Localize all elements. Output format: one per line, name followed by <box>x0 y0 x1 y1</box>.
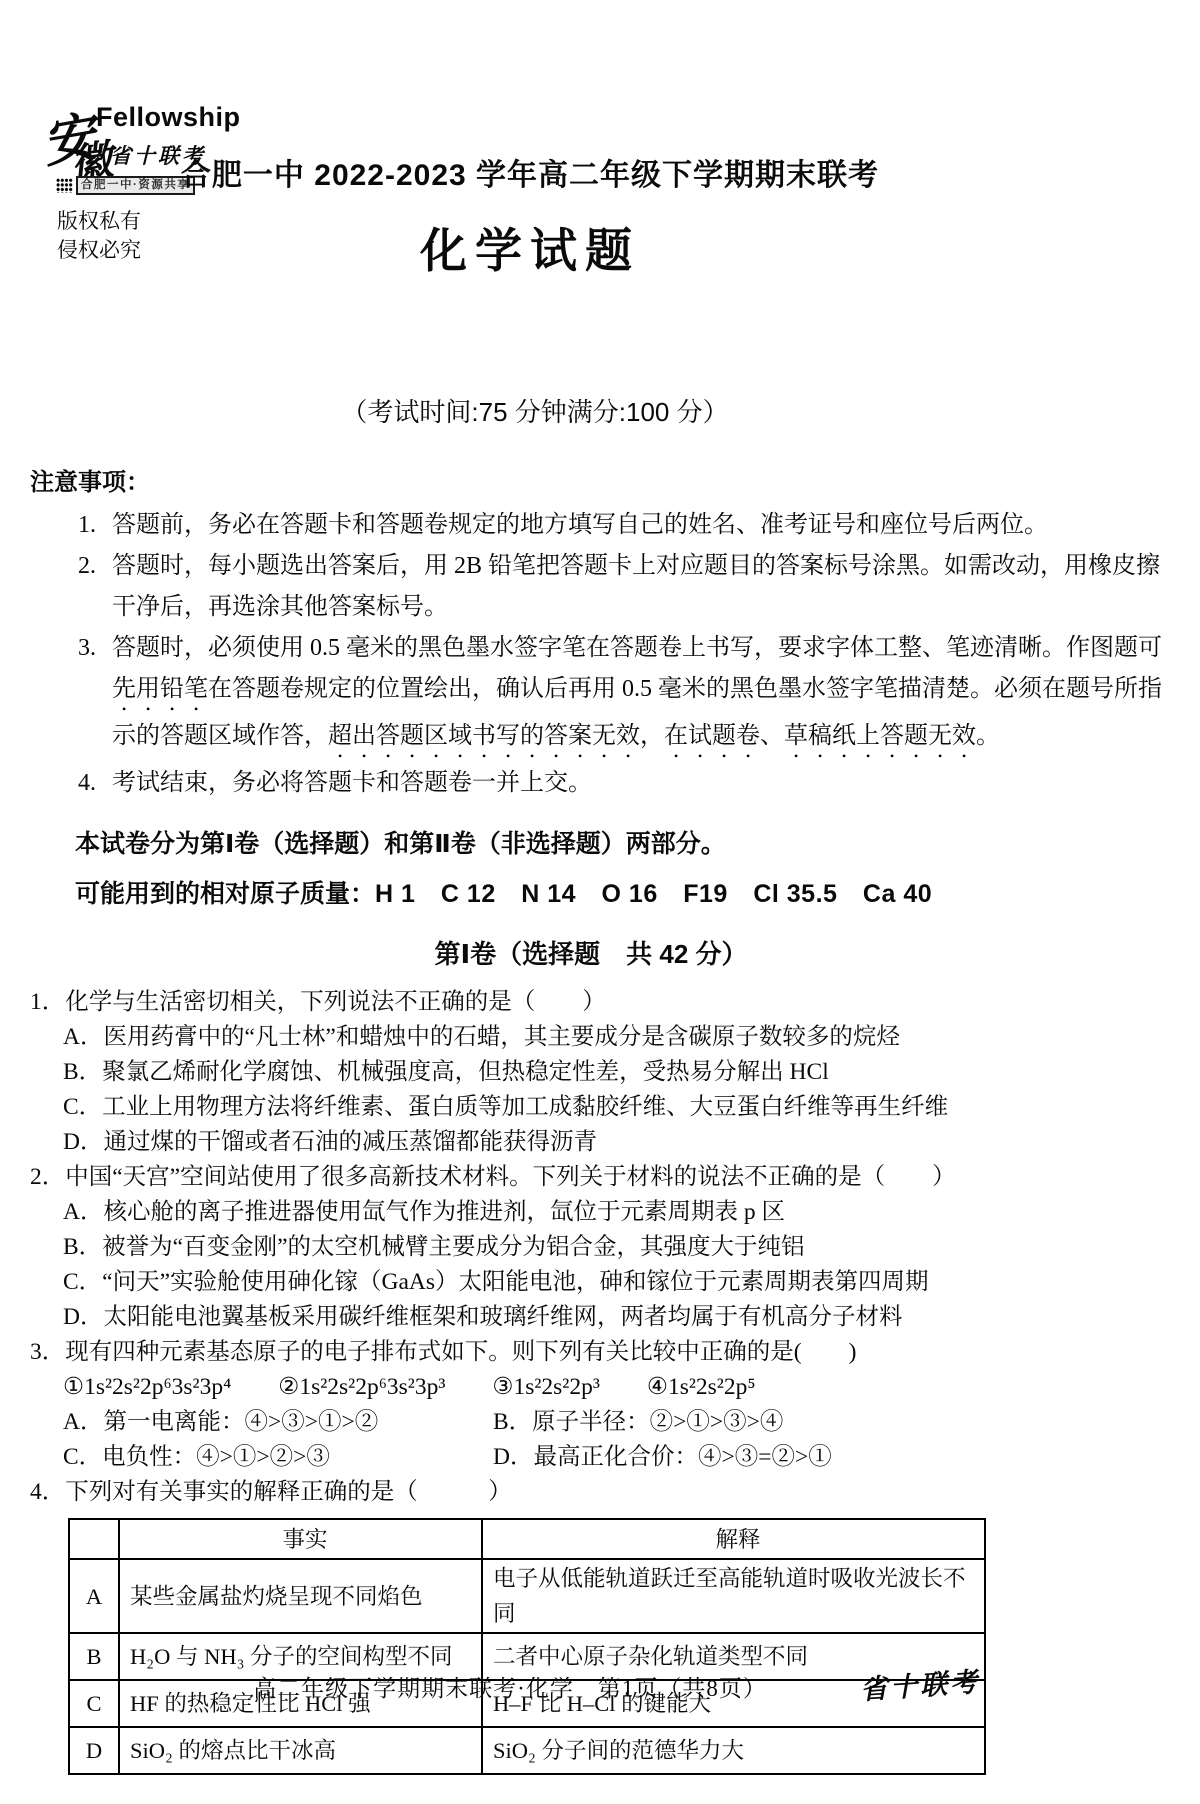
notice-item-3-text-part1: 答题时，必须使用 0.5 毫米的黑色墨水签字笔在答题卷上书写，要求字体工整、笔迹… <box>112 635 1162 661</box>
question-1-number: 1． <box>30 989 65 1015</box>
table-row-d: D SiO₂ 的熔点比干冰高 SiO₂ 分子间的范德华力大 <box>69 1727 985 1774</box>
paper-structure-note: 本试卷分为第Ⅰ卷（选择题）和第Ⅱ卷（非选择题）两部分。 <box>75 824 1172 860</box>
question-3-option-b: B．原子半径：②>①>③>④ <box>493 1405 1172 1440</box>
atomic-mass-values: H 1 C 12 N 14 O 16 F19 Cl 35.5 Ca 40 <box>375 880 932 908</box>
question-2-option-c: C．“问天”实验舱使用砷化镓（GaAs）太阳能电池，砷和镓位于元素周期表第四周期 <box>63 1265 1172 1300</box>
question-1-stem: 化学与生活密切相关，下列说法不正确的是（ ） <box>65 989 606 1015</box>
table-row-a-explain: 电子从低能轨道跃迁至高能轨道时吸收光波长不同 <box>482 1559 985 1633</box>
section-1-heading: 第Ⅰ卷（选择题 共 42 分） <box>20 934 1162 971</box>
exam-time-score-info: （考试时间:75 分钟满分:100 分） <box>0 392 1135 429</box>
question-2-option-b: B．被誉为“百变金刚”的太空机械臂主要成分为铝合金，其强度大于纯铝 <box>63 1230 1172 1265</box>
question-1-stem-line: 1．化学与生活密切相关，下列说法不正确的是（ ） <box>30 985 1172 1020</box>
question-1: 1．化学与生活密切相关，下列说法不正确的是（ ） A．医用药膏中的“凡士林”和蜡… <box>30 985 1172 1160</box>
question-2-stem-line: 2．中国“天宫”空间站使用了很多高新技术材料。下列关于材料的说法不正确的是（ ） <box>30 1160 1172 1195</box>
table-row-d-label: D <box>69 1727 119 1774</box>
table-row-d-explain: SiO₂ 分子间的范德华力大 <box>482 1727 985 1774</box>
question-2-number: 2． <box>30 1164 65 1190</box>
notice-item-3-emphasis1: 先用铅笔 <box>112 676 208 702</box>
table-row-a-fact: 某些金属盐灼烧呈现不同焰色 <box>119 1559 482 1633</box>
notice-heading: 注意事项： <box>30 462 1172 497</box>
page-footer: 高二年级下学期期末联考·化学 第1页（共8页） 省十联考 <box>0 1670 1200 1730</box>
table-header-explain: 解释 <box>482 1519 985 1559</box>
notice-item-1: 1. 答题前，务必在答题卡和答题卷规定的地方填写自己的姓名、准考证号和座位号后两… <box>30 505 1172 546</box>
notice-item-3-emphasis2: 超出答题区域书写的答案无效，在试题卷、草稿纸上答题无效。 <box>328 723 1000 749</box>
atomic-mass-label: 可能用到的相对原子质量： <box>75 880 375 908</box>
table-row-a-label: A <box>69 1559 119 1633</box>
question-3-option-c: C．电负性：④>①>②>③ <box>63 1440 493 1475</box>
question-4-table: 事实 解释 A 某些金属盐灼烧呈现不同焰色 电子从低能轨道跃迁至高能轨道时吸收光… <box>68 1518 986 1775</box>
question-3-stem-line: 3．现有四种元素基态原子的电子排布式如下。则下列有关比较中正确的是( ) <box>30 1335 1172 1370</box>
exam-session-title: 合肥一中 2022-2023 学年高二年级下学期期末联考 <box>0 150 1130 194</box>
question-2: 2．中国“天宫”空间站使用了很多高新技术材料。下列关于材料的说法不正确的是（ ）… <box>30 1160 1172 1335</box>
notice-item-3: 3. 答题时，必须使用 0.5 毫米的黑色墨水签字笔在答题卷上书写，要求字体工整… <box>30 628 1172 763</box>
table-header-row: 事实 解释 <box>69 1519 985 1559</box>
question-3-option-a: A．第一电离能：④>③>①>② <box>63 1405 493 1440</box>
notice-item-4: 4. 考试结束，务必将答题卡和答题卷一并上交。 <box>30 763 1172 804</box>
table-row-d-fact: SiO₂ 的熔点比干冰高 <box>119 1727 482 1774</box>
question-3-stem: 现有四种元素基态原子的电子排布式如下。则下列有关比较中正确的是( ) <box>65 1339 856 1365</box>
question-1-option-c: C．工业上用物理方法将纤维素、蛋白质等加工成黏胶纤维、大豆蛋白纤维等再生纤维 <box>63 1090 1172 1125</box>
notice-item-4-number: 4. <box>78 763 96 804</box>
atomic-mass-line: 可能用到的相对原子质量：H 1 C 12 N 14 O 16 F19 Cl 35… <box>75 874 1172 910</box>
footer-series-stamp: 省十联考 <box>859 1660 981 1707</box>
notice-item-1-text: 答题前，务必在答题卡和答题卷规定的地方填写自己的姓名、准考证号和座位号后两位。 <box>112 512 1048 538</box>
table-header-fact: 事实 <box>119 1519 482 1559</box>
question-3-options: A．第一电离能：④>③>①>② B．原子半径：②>①>③>④ C．电负性：④>①… <box>63 1405 1172 1475</box>
question-3-option-d: D．最高正化合价：④>③=②>① <box>493 1440 1172 1475</box>
notice-item-2: 2. 答题时，每小题选出答案后，用 2B 铅笔把答题卡上对应题目的答案标号涂黑。… <box>30 546 1172 628</box>
notice-item-2-text: 答题时，每小题选出答案后，用 2B 铅笔把答题卡上对应题目的答案标号涂黑。如需改… <box>112 553 1160 620</box>
question-3: 3．现有四种元素基态原子的电子排布式如下。则下列有关比较中正确的是( ) ①1s… <box>30 1335 1172 1475</box>
logo-fellowship-text: Fellowship <box>96 102 241 133</box>
question-3-number: 3． <box>30 1339 65 1365</box>
notice-item-2-number: 2. <box>78 546 96 587</box>
question-4: 4．下列对有关事实的解释正确的是（ ） 事实 解释 A 某些金属盐灼烧呈现不同焰… <box>30 1475 1172 1775</box>
question-1-option-a: A．医用药膏中的“凡士林”和蜡烛中的石蜡，其主要成分是含碳原子数较多的烷烃 <box>63 1020 1172 1055</box>
exam-paper-page: 安 徽 Fellowship 省十联考 合肥一中·资源共享 版权私有 侵权必究 … <box>0 0 1200 1804</box>
question-2-stem: 中国“天宫”空间站使用了很多高新技术材料。下列关于材料的说法不正确的是（ ） <box>65 1164 955 1190</box>
notice-item-3-number: 3. <box>78 628 96 669</box>
question-1-option-d: D．通过煤的干馏或者石油的减压蒸馏都能获得沥青 <box>63 1125 1172 1160</box>
question-4-stem: 下列对有关事实的解释正确的是（ ） <box>65 1479 512 1505</box>
subject-title: 化学试题 <box>0 214 1130 281</box>
paper-body: 注意事项： 1. 答题前，务必在答题卡和答题卷规定的地方填写自己的姓名、准考证号… <box>30 462 1172 1775</box>
question-4-number: 4． <box>30 1479 65 1505</box>
table-header-empty <box>69 1519 119 1559</box>
table-row-a: A 某些金属盐灼烧呈现不同焰色 电子从低能轨道跃迁至高能轨道时吸收光波长不同 <box>69 1559 985 1633</box>
notice-item-4-text: 考试结束，务必将答题卡和答题卷一并上交。 <box>112 770 592 796</box>
question-4-stem-line: 4．下列对有关事实的解释正确的是（ ） <box>30 1475 1172 1510</box>
notice-item-1-number: 1. <box>78 505 96 546</box>
question-2-option-d: D．太阳能电池翼基板采用碳纤维框架和玻璃纤维网，两者均属于有机高分子材料 <box>63 1300 1172 1335</box>
question-2-option-a: A．核心舱的离子推进器使用氙气作为推进剂，氙位于元素周期表 p 区 <box>63 1195 1172 1230</box>
question-3-electron-configs: ①1s²2s²2p⁶3s²3p⁴ ②1s²2s²2p⁶3s²3p³ ③1s²2s… <box>63 1370 1172 1405</box>
question-1-option-b: B．聚氯乙烯耐化学腐蚀、机械强度高，但热稳定性差，受热易分解出 HCl <box>63 1055 1172 1090</box>
